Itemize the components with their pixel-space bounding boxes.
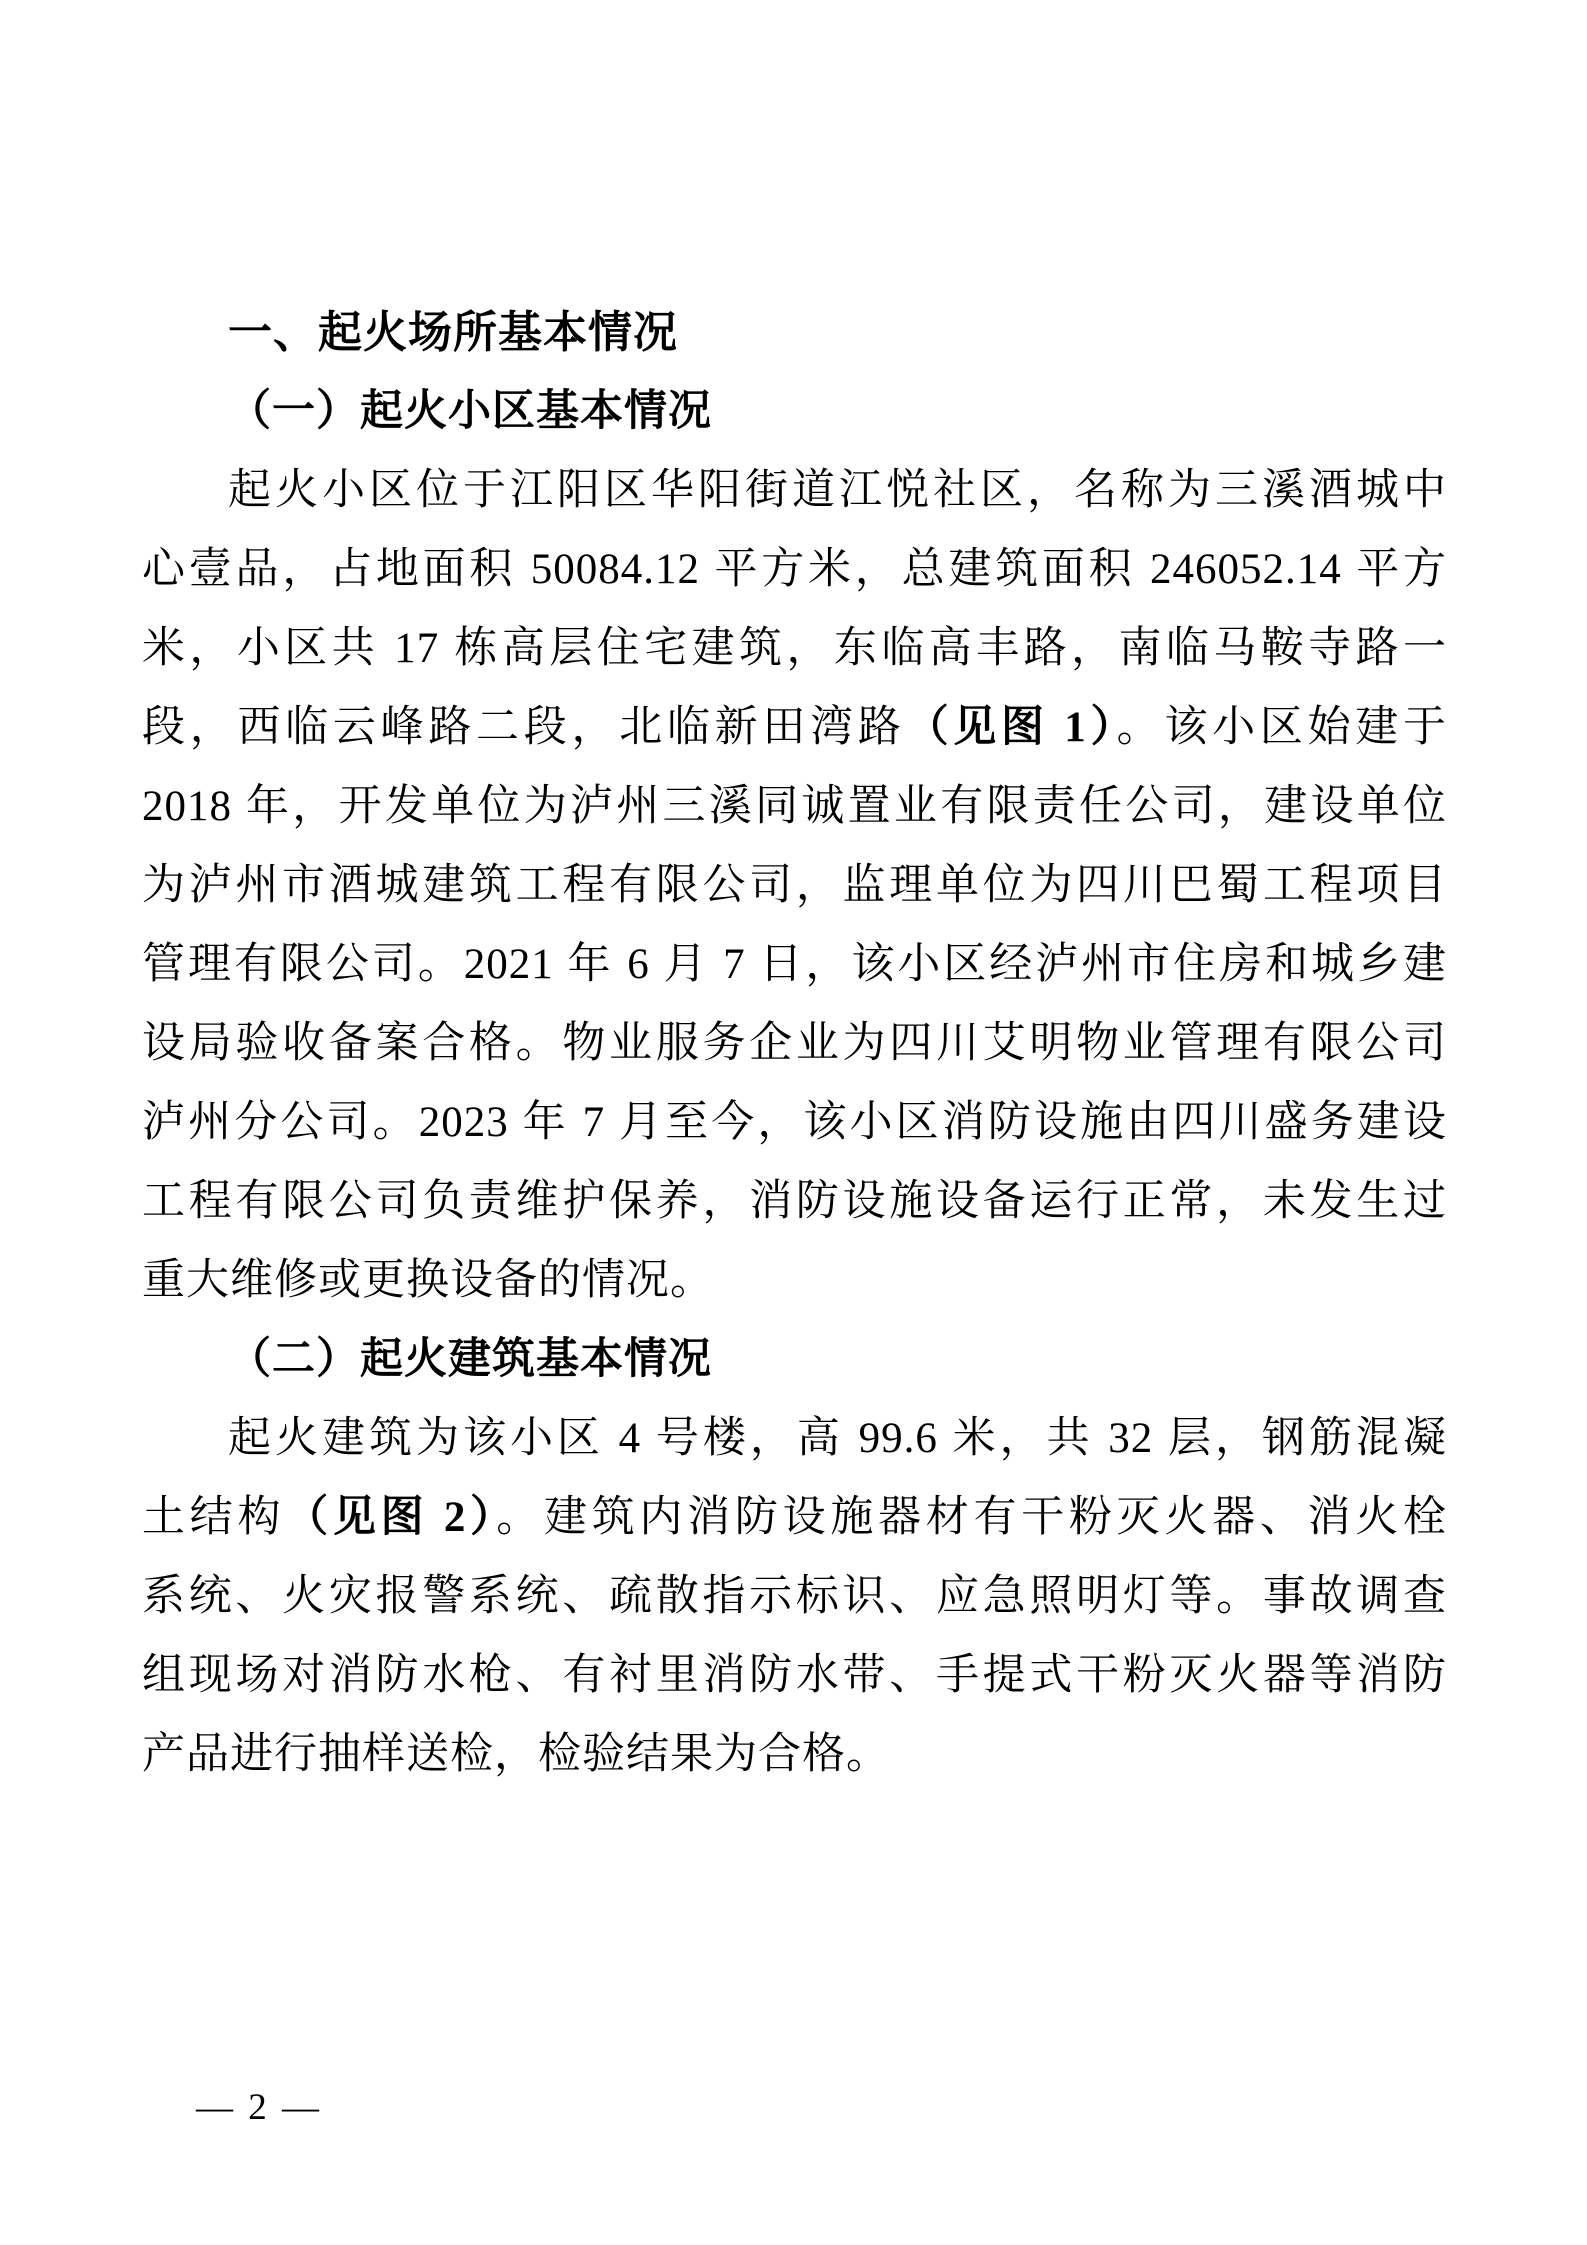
page-number: — 2 —: [196, 2082, 322, 2134]
text-segment: 段，西临云峰路二段，北临新田湾路: [142, 704, 906, 751]
text-line: 起火小区位于江阳区华阳街道江悦社区，名称为三溪酒城中: [142, 451, 1447, 530]
text-segment: 。建筑内消防设施器材有干粉灭火器、消火栓: [496, 1494, 1447, 1541]
text-segment: 工程有限公司负责维护保养，消防设施设备运行正常，未发生过: [142, 1178, 1447, 1225]
text-segment: 米，小区共 17 栋高层住宅建筑，东临高丰路，南临马鞍寺路一: [142, 625, 1447, 672]
text-line: 管理有限公司。2021 年 6 月 7 日，该小区经泸州市住房和城乡建: [142, 925, 1447, 1004]
section-heading: 一、起火场所基本情况: [142, 293, 1447, 372]
text-segment: 起火建筑为该小区 4 号楼，高 99.6 米，共 32 层，钢筋混凝: [228, 1415, 1447, 1462]
text-line: 段，西临云峰路二段，北临新田湾路（见图 1）。该小区始建于: [142, 688, 1447, 767]
text-line: 起火建筑为该小区 4 号楼，高 99.6 米，共 32 层，钢筋混凝: [142, 1399, 1447, 1478]
text-line: 产品进行抽样送检，检验结果为合格。: [142, 1715, 1447, 1794]
text-line: 系统、火灾报警系统、疏散指示标识、应急照明灯等。事故调查: [142, 1557, 1447, 1636]
text-segment: 产品进行抽样送检，检验结果为合格。: [142, 1731, 890, 1778]
document-content: 一、起火场所基本情况 （一）起火小区基本情况起火小区位于江阳区华阳街道江悦社区，…: [142, 293, 1447, 1794]
text-segment: 设局验收备案合格。物业服务企业为四川艾明物业管理有限公司: [142, 1020, 1447, 1067]
text-line: 泸州分公司。2023 年 7 月至今，该小区消防设施由四川盛务建设: [142, 1083, 1447, 1162]
text-line: 心壹品，占地面积 50084.12 平方米，总建筑面积 246052.14 平方: [142, 530, 1447, 609]
text-segment: 起火小区位于江阳区华阳街道江悦社区，名称为三溪酒城中: [228, 467, 1447, 514]
text-line: 重大维修或更换设备的情况。: [142, 1241, 1447, 1320]
text-line: 组现场对消防水枪、有衬里消防水带、手提式干粉灭火器等消防: [142, 1636, 1447, 1715]
text-line: 米，小区共 17 栋高层住宅建筑，东临高丰路，南临马鞍寺路一: [142, 609, 1447, 688]
subsection-title: （二）起火建筑基本情况: [142, 1320, 1447, 1399]
text-segment: 组现场对消防水枪、有衬里消防水带、手提式干粉灭火器等消防: [142, 1652, 1447, 1699]
text-segment: 管理有限公司。2021 年 6 月 7 日，该小区经泸州市住房和城乡建: [142, 941, 1447, 988]
text-line: 土结构（见图 2）。建筑内消防设施器材有干粉灭火器、消火栓: [142, 1478, 1447, 1557]
text-segment: 系统、火灾报警系统、疏散指示标识、应急照明灯等。事故调查: [142, 1573, 1447, 1620]
text-segment: 重大维修或更换设备的情况。: [142, 1257, 714, 1304]
text-segment: 2018 年，开发单位为泸州三溪同诚置业有限责任公司，建设单位: [142, 783, 1447, 830]
text-segment: 泸州分公司。2023 年 7 月至今，该小区消防设施由四川盛务建设: [142, 1099, 1447, 1146]
text-segment: 。该小区始建于: [1117, 704, 1447, 751]
document-page: 一、起火场所基本情况 （一）起火小区基本情况起火小区位于江阳区华阳街道江悦社区，…: [0, 0, 1587, 2245]
text-segment: 心壹品，占地面积 50084.12 平方米，总建筑面积 246052.14 平方: [142, 546, 1447, 593]
document-sections: （一）起火小区基本情况起火小区位于江阳区华阳街道江悦社区，名称为三溪酒城中心壹品…: [142, 372, 1447, 1794]
text-line: 工程有限公司负责维护保养，消防设施设备运行正常，未发生过: [142, 1162, 1447, 1241]
figure-reference: （见图 2）: [285, 1494, 496, 1541]
text-segment: 土结构: [142, 1494, 285, 1541]
figure-reference: （见图 1）: [906, 704, 1117, 751]
subsection-title: （一）起火小区基本情况: [142, 372, 1447, 451]
text-segment: 为泸州市酒城建筑工程有限公司，监理单位为四川巴蜀工程项目: [142, 862, 1447, 909]
text-line: 设局验收备案合格。物业服务企业为四川艾明物业管理有限公司: [142, 1004, 1447, 1083]
text-line: 2018 年，开发单位为泸州三溪同诚置业有限责任公司，建设单位: [142, 767, 1447, 846]
text-line: 为泸州市酒城建筑工程有限公司，监理单位为四川巴蜀工程项目: [142, 846, 1447, 925]
